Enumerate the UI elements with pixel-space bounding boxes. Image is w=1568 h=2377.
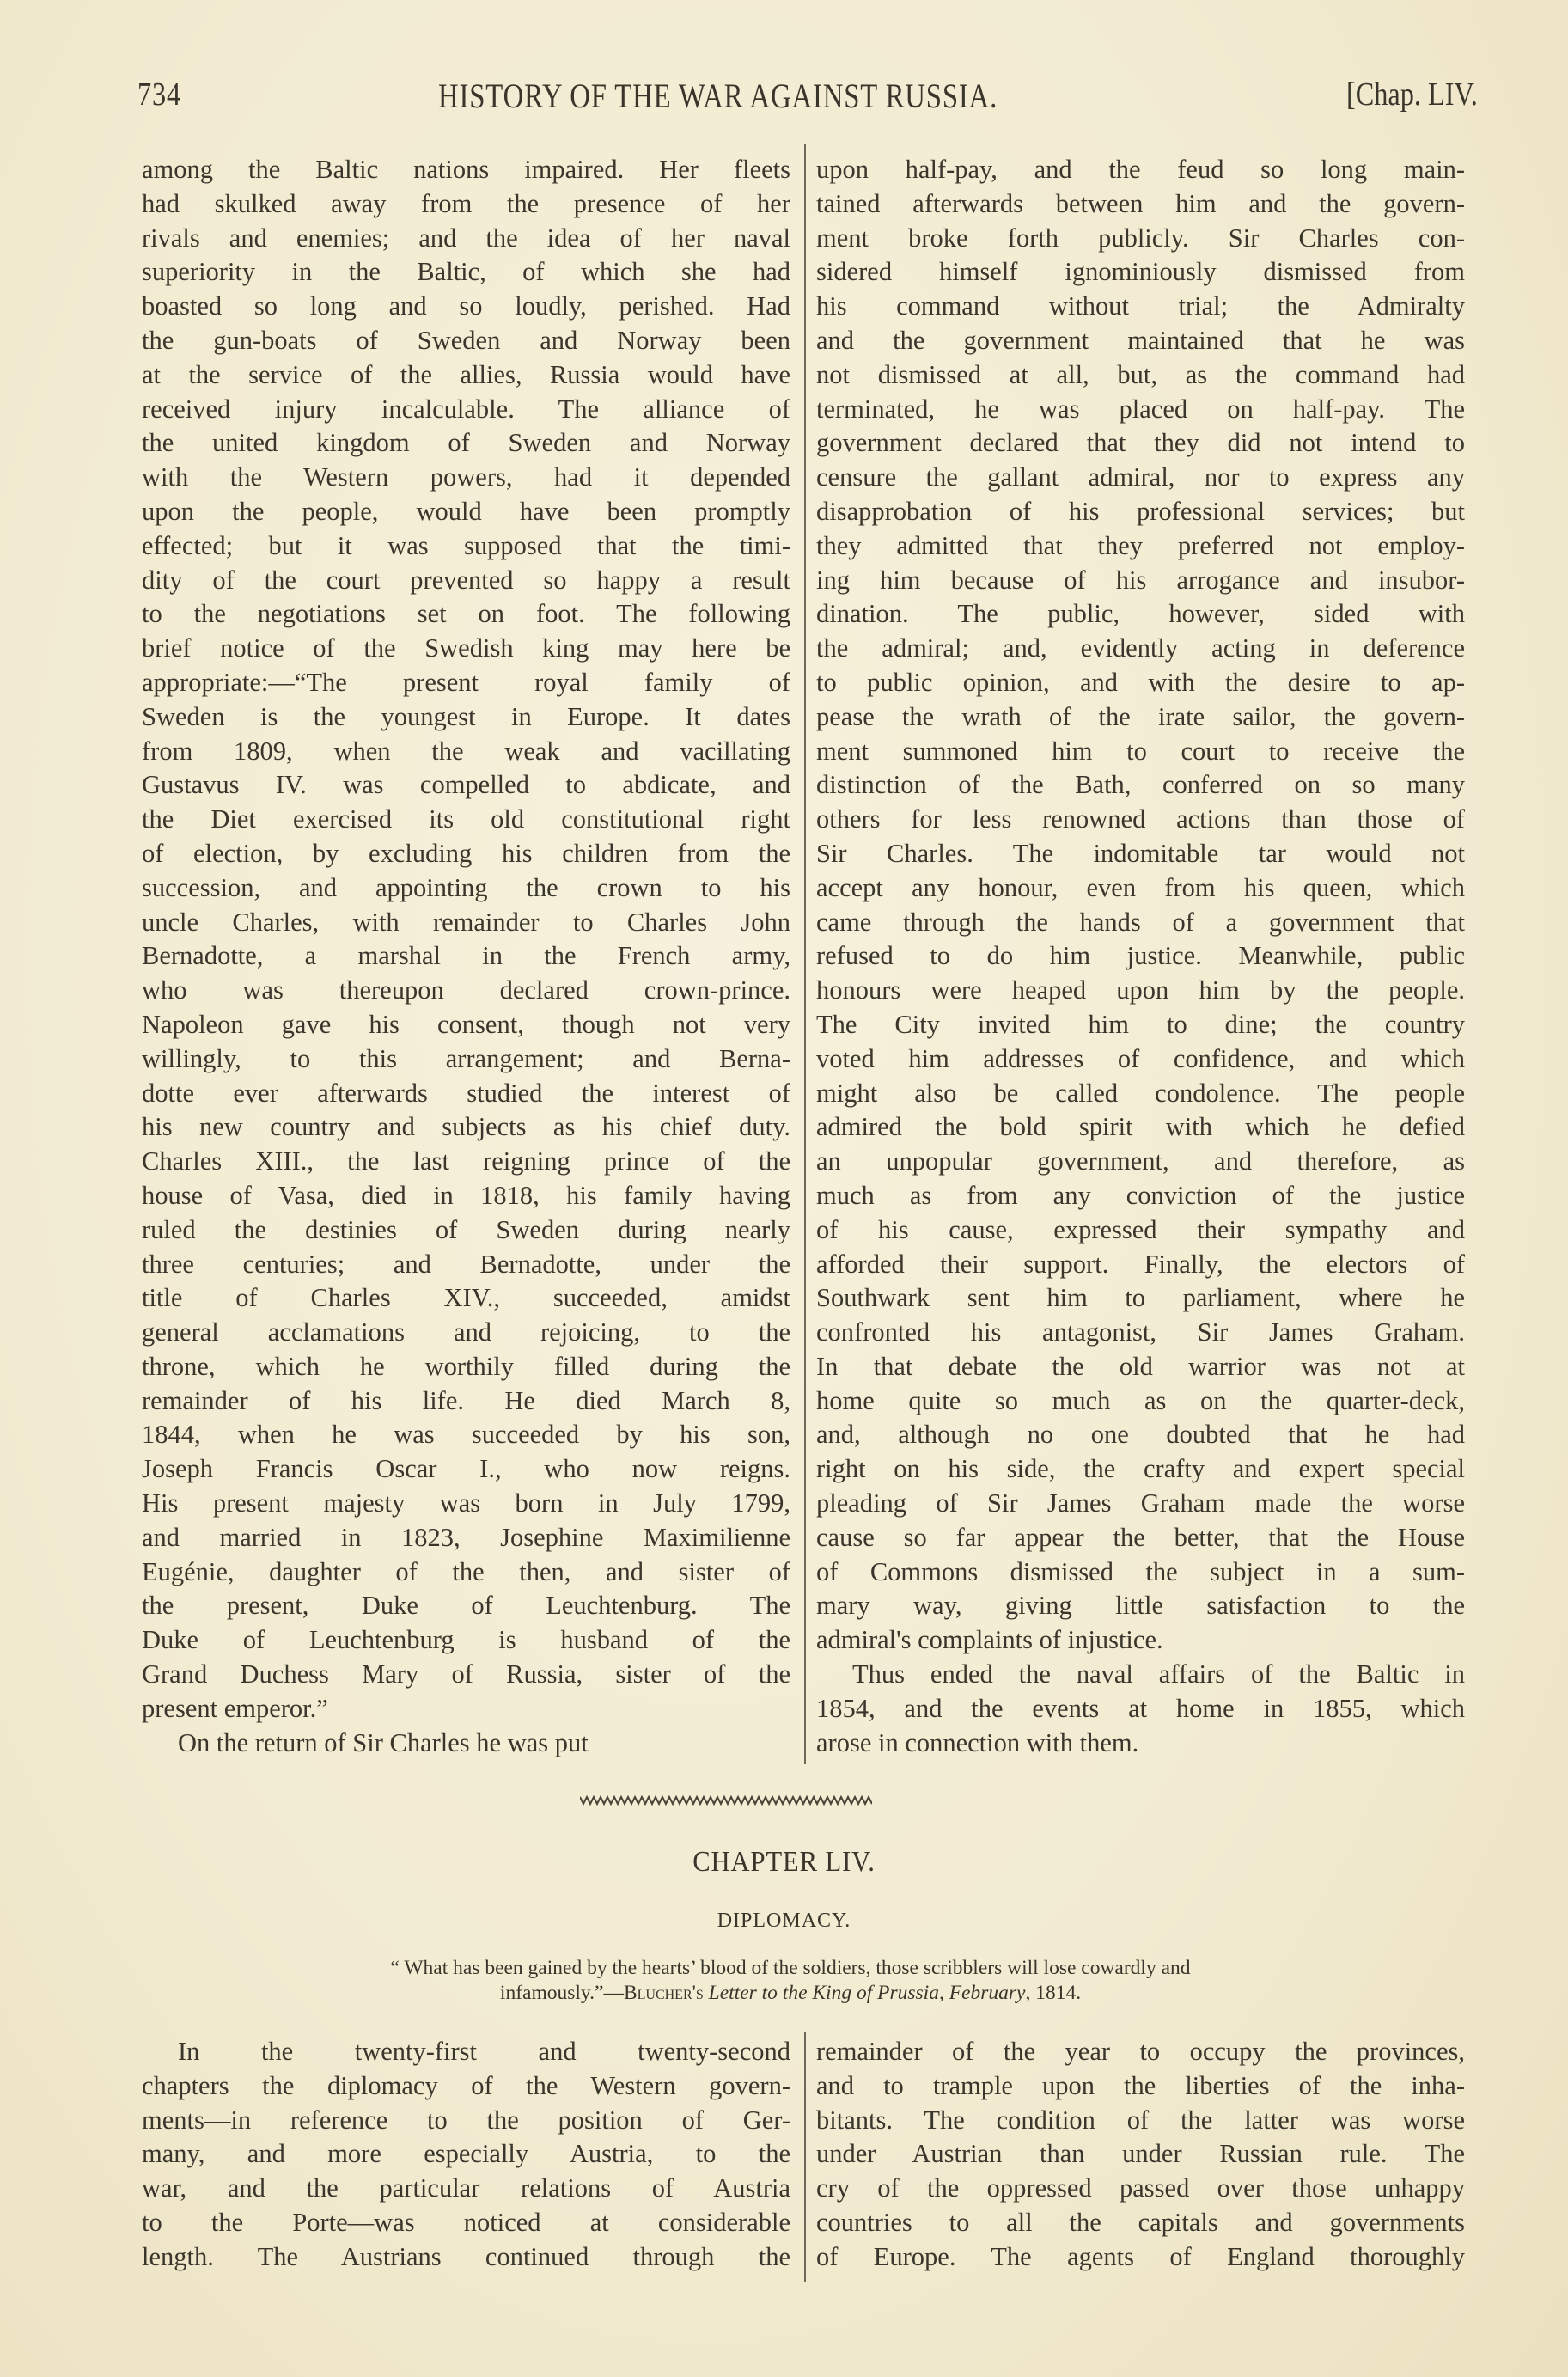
chapter-subtitle: DIPLOMACY. [0, 1910, 1568, 1933]
text-line: had skulked away from the presence of he… [142, 187, 790, 222]
text-line: much as from any conviction of the justi… [816, 1179, 1465, 1213]
text-line: ruled the destinies of Sweden during nea… [142, 1213, 790, 1248]
text-line: ment broke forth publicly. Sir Charles c… [816, 222, 1465, 256]
page-number: 734 [137, 76, 181, 113]
text-line: present emperor.” [142, 1692, 790, 1726]
right-column-bottom: remainder of the year to occupy the prov… [816, 2035, 1465, 2275]
text-line: the gun-boats of Sweden and Norway been [142, 324, 790, 358]
text-line: general acclamations and rejoicing, to t… [142, 1316, 790, 1350]
text-line: to public opinion, and with the desire t… [816, 666, 1465, 700]
text-line: appropriate:—“The present royal family o… [142, 666, 790, 700]
chapter-reference: [Chap. LIV. [1346, 76, 1478, 113]
text-line: of Commons dismissed the subject in a su… [816, 1555, 1465, 1590]
left-column-top: among the Baltic nations impaired. Her f… [142, 153, 790, 1760]
text-line: right on his side, the crafty and expert… [816, 1452, 1465, 1487]
text-line: rivals and enemies; and the idea of her … [142, 222, 790, 256]
left-column-bottom: In the twenty-first and twenty-secondcha… [142, 2035, 790, 2275]
text-line: dination. The public, however, sided wit… [816, 597, 1465, 632]
text-line: accept any honour, even from his queen, … [816, 871, 1465, 906]
text-line: came through the hands of a government t… [816, 906, 1465, 940]
text-line: terminated, he was placed on half-pay. T… [816, 393, 1465, 427]
text-line: under Austrian than under Russian rule. … [816, 2137, 1465, 2172]
epigraph-quote-line1: “ What has been gained by the hearts’ bl… [215, 1956, 1366, 1981]
text-line: afforded their support. Finally, the ele… [816, 1248, 1465, 1282]
text-line: throne, which he worthily filled during … [142, 1350, 790, 1384]
text-line: the Diet exercised its old constitutiona… [142, 803, 790, 837]
text-line: title of Charles XIV., succeeded, amidst [142, 1281, 790, 1316]
text-line: length. The Austrians continued through … [142, 2240, 790, 2275]
text-line: received injury incalculable. The allian… [142, 393, 790, 427]
text-line: remainder of his life. He died March 8, [142, 1384, 790, 1419]
text-line: tained afterwards between him and the go… [816, 187, 1465, 222]
text-line: disapprobation of his professional servi… [816, 495, 1465, 529]
text-line: Sir Charles. The indomitable tar would n… [816, 837, 1465, 871]
text-line: and the government maintained that he wa… [816, 324, 1465, 358]
text-line: ing him because of his arrogance and ins… [816, 564, 1465, 598]
text-line: ment summoned him to court to receive th… [816, 735, 1465, 769]
text-line: Napoleon gave his consent, though not ve… [142, 1008, 790, 1042]
text-line: Bernadotte, a marshal in the French army… [142, 939, 790, 974]
text-line: others for less renowned actions than th… [816, 803, 1465, 837]
text-line: many, and more especially Austria, to th… [142, 2137, 790, 2172]
text-line: of Europe. The agents of England thoroug… [816, 2240, 1465, 2275]
text-line: mary way, giving little satisfaction to … [816, 1589, 1465, 1623]
text-line: superiority in the Baltic, of which she … [142, 255, 790, 290]
text-line: willingly, to this arrangement; and Bern… [142, 1042, 790, 1077]
text-line: Duke of Leuchtenburg is husband of the [142, 1623, 790, 1658]
text-line: to the Porte—was noticed at considerable [142, 2206, 790, 2240]
epigraph-year: , 1814. [1025, 1982, 1081, 2004]
text-line: and, although no one doubted that he had [816, 1418, 1465, 1452]
text-line: home quite so much as on the quarter-dec… [816, 1384, 1465, 1419]
right-column-top: upon half-pay, and the feud so long main… [816, 153, 1465, 1760]
text-line: confronted his antagonist, Sir James Gra… [816, 1316, 1465, 1350]
text-line: honours were heaped upon him by the peop… [816, 974, 1465, 1008]
text-line: Grand Duchess Mary of Russia, sister of … [142, 1658, 790, 1692]
text-line: The City invited him to dine; the countr… [816, 1008, 1465, 1042]
text-line: of his cause, expressed their sympathy a… [816, 1213, 1465, 1248]
text-line: Thus ended the naval affairs of the Balt… [816, 1658, 1465, 1692]
text-line: 1854, and the events at home in 1855, wh… [816, 1692, 1465, 1726]
text-line: distinction of the Bath, conferred on so… [816, 768, 1465, 803]
epigraph-source: Letter to the King of Prussia, February [709, 1982, 1026, 2004]
text-line: war, and the particular relations of Aus… [142, 2172, 790, 2206]
epigraph-quote-end: infamously.”— [500, 1982, 624, 2004]
text-line: sidered himself ignominiously dismissed … [816, 255, 1465, 290]
text-line: they admitted that they preferred not em… [816, 529, 1465, 564]
epigraph-quote-line2: infamously.”—Blucher's Letter to the Kin… [215, 1981, 1366, 2006]
text-line: upon half-pay, and the feud so long main… [816, 153, 1465, 187]
text-line: arose in connection with them. [816, 1726, 1465, 1761]
chapter-title: CHAPTER LIV. [78, 1846, 1490, 1879]
text-line: On the return of Sir Charles he was put [142, 1726, 790, 1761]
text-line: Charles XIII., the last reigning prince … [142, 1145, 790, 1179]
text-line: house of Vasa, died in 1818, his family … [142, 1179, 790, 1213]
text-line: an unpopular government, and therefore, … [816, 1145, 1465, 1179]
text-line: admired the bold spirit with which he de… [816, 1110, 1465, 1145]
text-line: uncle Charles, with remainder to Charles… [142, 906, 790, 940]
column-divider-bottom [804, 2032, 806, 2282]
text-line: effected; but it was supposed that the t… [142, 529, 790, 564]
epigraph: “ What has been gained by the hearts’ bl… [215, 1956, 1366, 2006]
text-line: chapters the diplomacy of the Western go… [142, 2069, 790, 2104]
text-line: boasted so long and so loudly, perished.… [142, 290, 790, 324]
running-title: HISTORY OF THE WAR AGAINST RUSSIA. [438, 76, 998, 116]
text-line: bitants. The condition of the latter was… [816, 2104, 1465, 2138]
text-line: censure the gallant admiral, nor to expr… [816, 461, 1465, 495]
epigraph-author: Blucher's [624, 1982, 704, 2004]
text-line: cause so far appear the better, that the… [816, 1521, 1465, 1555]
text-line: His present majesty was born in July 179… [142, 1487, 790, 1521]
text-line: the present, Duke of Leuchtenburg. The [142, 1589, 790, 1623]
text-line: brief notice of the Swedish king may her… [142, 632, 790, 666]
text-line: not dismissed at all, but, as the comman… [816, 358, 1465, 393]
text-line: Joseph Francis Oscar I., who now reigns. [142, 1452, 790, 1487]
text-line: ments—in reference to the position of Ge… [142, 2104, 790, 2138]
text-line: might also be called condolence. The peo… [816, 1077, 1465, 1111]
text-line: the admiral; and, evidently acting in de… [816, 632, 1465, 666]
text-line: remainder of the year to occupy the prov… [816, 2035, 1465, 2069]
text-line: and married in 1823, Josephine Maximilie… [142, 1521, 790, 1555]
text-line: voted him addresses of confidence, and w… [816, 1042, 1465, 1077]
text-line: who was thereupon declared crown-prince. [142, 974, 790, 1008]
text-line: In that debate the old warrior was not a… [816, 1350, 1465, 1384]
text-line: countries to all the capitals and govern… [816, 2206, 1465, 2240]
text-line: cry of the oppressed passed over those u… [816, 2172, 1465, 2206]
text-line: his new country and subjects as his chie… [142, 1110, 790, 1145]
text-line: Southwark sent him to parliament, where … [816, 1281, 1465, 1316]
text-line: Gustavus IV. was compelled to abdicate, … [142, 768, 790, 803]
text-line: dity of the court prevented so happy a r… [142, 564, 790, 598]
text-line: succession, and appointing the crown to … [142, 871, 790, 906]
text-line: upon the people, would have been promptl… [142, 495, 790, 529]
text-line: with the Western powers, had it depended [142, 461, 790, 495]
text-line: at the service of the allies, Russia wou… [142, 358, 790, 393]
text-line: three centuries; and Bernadotte, under t… [142, 1248, 790, 1282]
page-header: 734 HISTORY OF THE WAR AGAINST RUSSIA. [… [137, 76, 1478, 119]
text-line: Eugénie, daughter of the then, and siste… [142, 1555, 790, 1590]
text-line: from 1809, when the weak and vacillating [142, 735, 790, 769]
text-line: and to trample upon the liberties of the… [816, 2069, 1465, 2104]
text-line: pease the wrath of the irate sailor, the… [816, 700, 1465, 735]
text-line: government declared that they did not in… [816, 426, 1465, 461]
text-line: the united kingdom of Sweden and Norway [142, 426, 790, 461]
text-line: pleading of Sir James Graham made the wo… [816, 1487, 1465, 1521]
column-divider [804, 144, 806, 1764]
text-line: 1844, when he was succeeded by his son, [142, 1418, 790, 1452]
text-line: refused to do him justice. Meanwhile, pu… [816, 939, 1465, 974]
text-line: of election, by excluding his children f… [142, 837, 790, 871]
text-line: among the Baltic nations impaired. Her f… [142, 153, 790, 187]
wavy-rule-ornament [580, 1794, 872, 1806]
text-line: Sweden is the youngest in Europe. It dat… [142, 700, 790, 735]
text-line: admiral's complaints of injustice. [816, 1623, 1465, 1658]
text-line: his command without trial; the Admiralty [816, 290, 1465, 324]
text-line: to the negotiations set on foot. The fol… [142, 597, 790, 632]
text-line: In the twenty-first and twenty-second [142, 2035, 790, 2069]
text-line: dotte ever afterwards studied the intere… [142, 1077, 790, 1111]
